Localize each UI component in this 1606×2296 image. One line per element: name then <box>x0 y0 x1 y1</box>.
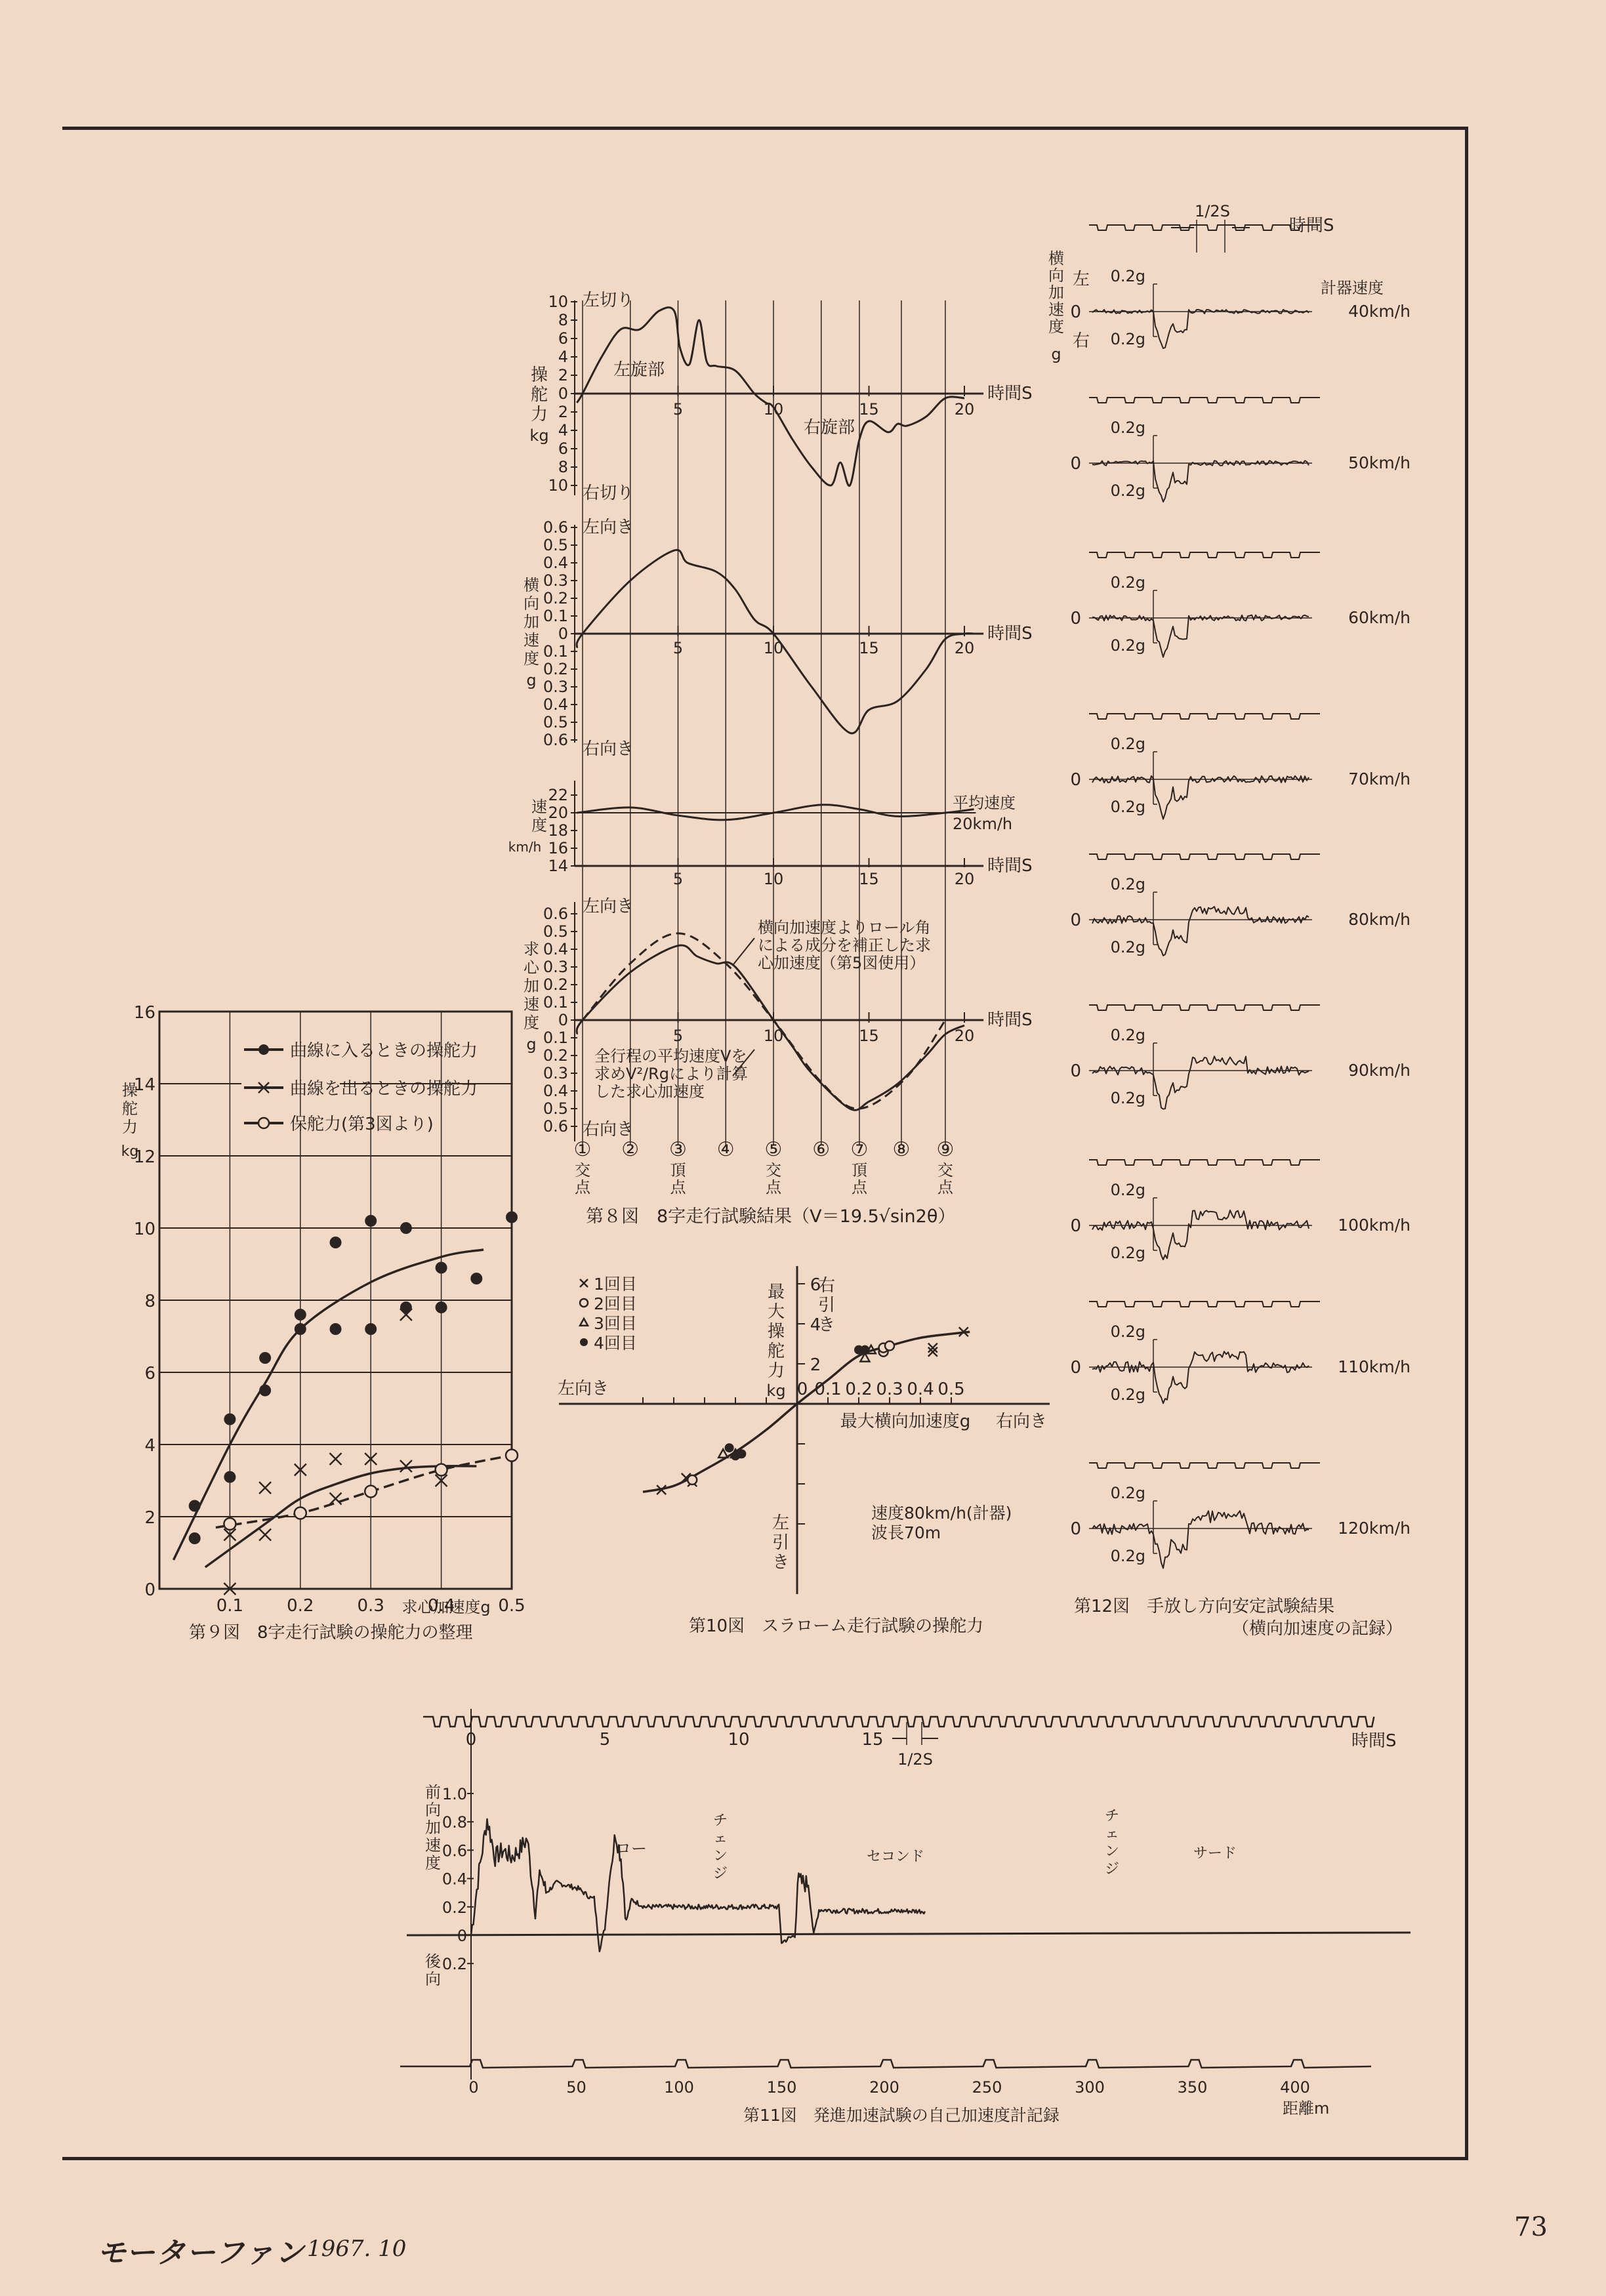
scale-label: 0.2g <box>1111 267 1145 285</box>
tick-strip <box>1089 714 1320 719</box>
scale-label: 0.2g <box>1111 330 1145 348</box>
chart-label: 1/2S <box>1195 202 1230 220</box>
chart-label: 0 <box>1070 1061 1081 1081</box>
speed-label: 50km/h <box>1348 453 1410 472</box>
chart-label: 0 <box>1070 911 1081 930</box>
speed-label: 40km/h <box>1348 302 1410 321</box>
scale-label: 0.2g <box>1111 1026 1145 1044</box>
tick-strip <box>1089 1302 1320 1307</box>
chart-label: 左 <box>1073 270 1090 289</box>
speed-label: 60km/h <box>1348 608 1410 627</box>
scale-label: 0.2g <box>1111 1244 1145 1262</box>
scale-label: 0.2g <box>1111 938 1145 956</box>
scale-label: 0.2g <box>1111 1484 1145 1502</box>
page-number: 73 <box>1514 2212 1548 2242</box>
scale-label: 0.2g <box>1111 1089 1145 1107</box>
speed-label: 110km/h <box>1338 1357 1410 1376</box>
fig12-caption: 第12図 手放し方向安定試験結果 <box>1074 1593 1334 1617</box>
magazine-title: モーターファン <box>97 2229 305 2271</box>
chart-label: 0 <box>1070 770 1081 790</box>
tick-strip <box>1089 552 1320 558</box>
chart-label: 速 <box>1048 300 1064 319</box>
speed-label: 120km/h <box>1338 1519 1410 1538</box>
chart-label: 向 <box>1048 266 1064 285</box>
fig12-subcaption: （横向加速度の記録） <box>1232 1615 1403 1639</box>
speed-label: 80km/h <box>1348 910 1410 929</box>
scale-label: 0.2g <box>1111 636 1145 655</box>
tick-strip <box>1089 398 1320 403</box>
chart-label: 0 <box>1070 1216 1081 1236</box>
scale-label: 0.2g <box>1111 875 1145 893</box>
scale-label: 0.2g <box>1111 1181 1145 1199</box>
chart-label: 0 <box>1070 302 1081 322</box>
issue-date: 1967. 10 <box>307 2236 406 2262</box>
chart-label: 0 <box>1070 454 1081 474</box>
chart-label: 度 <box>1048 318 1064 336</box>
chart-label: g <box>1051 345 1061 363</box>
chart-label: 右 <box>1073 331 1090 351</box>
tick-strip <box>1089 225 1320 230</box>
chart-label: 加 <box>1048 283 1064 302</box>
tick-strip <box>1089 1005 1320 1010</box>
chart-label: 0 <box>1070 1519 1081 1539</box>
tick-strip <box>1089 1463 1320 1468</box>
scale-label: 0.2g <box>1111 419 1145 437</box>
scale-label: 0.2g <box>1111 573 1145 592</box>
tick-strip <box>1089 1160 1320 1165</box>
scale-label: 0.2g <box>1111 1547 1145 1565</box>
scale-label: 0.2g <box>1111 482 1145 500</box>
scale-label: 0.2g <box>1111 798 1145 816</box>
scale-label: 0.2g <box>1111 735 1145 753</box>
chart-label: 横 <box>1048 249 1064 268</box>
chart-label: 0 <box>1070 609 1081 628</box>
speed-label: 70km/h <box>1348 769 1410 789</box>
scale-label: 0.2g <box>1111 1322 1145 1341</box>
tick-strip <box>1089 854 1320 859</box>
chart-label: 0 <box>1070 1358 1081 1378</box>
speed-label: 100km/h <box>1338 1216 1410 1235</box>
scale-label: 0.2g <box>1111 1385 1145 1404</box>
speed-label: 90km/h <box>1348 1061 1410 1080</box>
chart-label: 計器速度 <box>1321 279 1384 297</box>
fig12-chart: 1/2S時間S横向加速度g左右計器速度0.2g0.2g040km/h0.2g0.… <box>0 0 1606 2296</box>
